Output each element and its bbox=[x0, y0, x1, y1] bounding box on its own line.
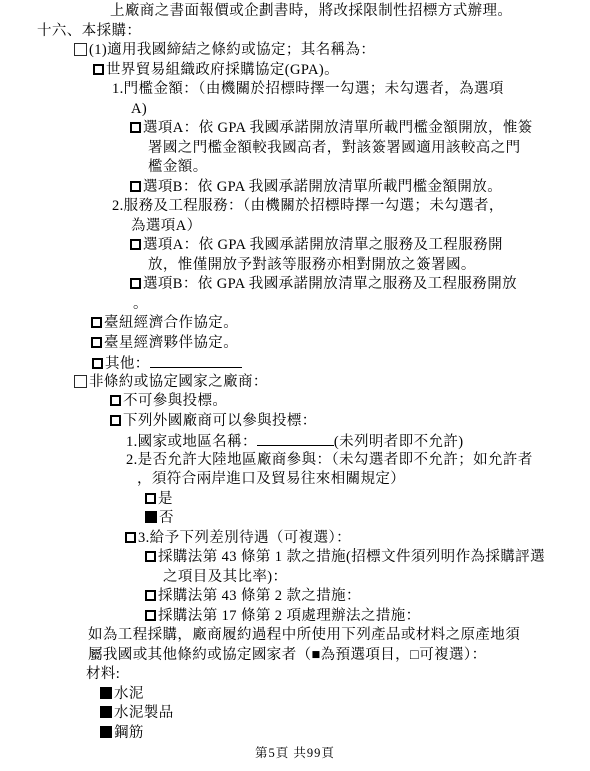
document-page: 上廠商之書面報價或企劃書時，將改採限制性招標方式辦理。十六、本採購：(1)適用我… bbox=[0, 0, 590, 771]
doc-line: 臺星經濟夥伴協定。 bbox=[0, 334, 590, 354]
doc-text-suffix: (未列明者即不允許) bbox=[334, 434, 464, 450]
doc-text: 1.國家或地區名稱： bbox=[126, 434, 257, 450]
doc-text: 屬我國或其他條約或協定國家者（■為預選項目，□可複選）： bbox=[88, 647, 486, 663]
doc-line: (1)適用我國締結之條約或協定；其名稱為： bbox=[0, 41, 590, 61]
page-number-footer: 第5頁 共99頁 bbox=[0, 743, 590, 761]
doc-text: 之項目及其比率)： bbox=[163, 569, 287, 585]
doc-text: 其他： bbox=[105, 356, 150, 372]
doc-line: 1.門檻金額：（由機關於招標時擇一勾選；未勾選者，為選項 bbox=[0, 80, 590, 100]
doc-text: 選項A：依 GPA 我國承諾開放清單之服務及工程服務開 bbox=[143, 237, 503, 253]
doc-line: 為選項A） bbox=[0, 217, 590, 237]
doc-text: 放，惟僅開放予對該等服務亦相對開放之簽署國。 bbox=[148, 257, 476, 273]
doc-text: 下列外國廠商可以參與投標： bbox=[123, 413, 317, 429]
doc-line: 選項B：依 GPA 我國承諾開放清單所載門檻金額開放。 bbox=[0, 178, 590, 198]
doc-line: 其他： bbox=[0, 353, 590, 373]
doc-line: 水泥 bbox=[0, 685, 590, 705]
checkbox-checked-icon[interactable] bbox=[100, 687, 112, 699]
doc-text: 非條約或協定國家之廠商： bbox=[89, 374, 268, 390]
doc-line: 採購法第 17 條第 2 項處理辦法之措施： bbox=[0, 607, 590, 627]
doc-text: 鋼筋 bbox=[114, 725, 144, 741]
doc-line: 十六、本採購： bbox=[0, 22, 590, 42]
doc-text: 為選項A） bbox=[131, 218, 201, 234]
doc-line: ，須符合兩岸進口及貿易往來相關規定） bbox=[0, 470, 590, 490]
doc-line: 世界貿易組織政府採購協定(GPA)。 bbox=[0, 61, 590, 81]
checkbox-unchecked-icon[interactable] bbox=[130, 122, 141, 133]
doc-text: 採購法第 43 條第 2 款之措施： bbox=[158, 588, 361, 604]
doc-text: 水泥製品 bbox=[114, 705, 174, 721]
doc-text: 否 bbox=[159, 510, 174, 526]
doc-text: 2.服務及工程服務：（由機關於招標時擇一勾選；未勾選者， bbox=[112, 198, 504, 214]
checkbox-unchecked-icon[interactable] bbox=[130, 239, 141, 250]
checkbox-checked-icon[interactable] bbox=[145, 511, 157, 523]
doc-line: 水泥製品 bbox=[0, 704, 590, 724]
checkbox-unchecked-icon[interactable] bbox=[130, 278, 141, 289]
doc-line: 上廠商之書面報價或企劃書時，將改採限制性招標方式辦理。 bbox=[0, 2, 590, 22]
doc-text: 選項B：依 GPA 我國承諾開放清單之服務及工程服務開放 bbox=[143, 276, 517, 292]
doc-text: A) bbox=[131, 101, 147, 117]
doc-line: 放，惟僅開放予對該等服務亦相對開放之簽署國。 bbox=[0, 256, 590, 276]
doc-line: 。 bbox=[0, 295, 590, 315]
fill-in-blank[interactable] bbox=[257, 431, 334, 446]
checkbox-unchecked-icon[interactable] bbox=[145, 493, 156, 504]
checkbox-checked-icon[interactable] bbox=[100, 706, 112, 718]
doc-line: 非條約或協定國家之廠商： bbox=[0, 373, 590, 393]
doc-text: 是 bbox=[158, 491, 173, 507]
checkbox-unchecked-icon[interactable] bbox=[92, 358, 103, 369]
doc-line: 之項目及其比率)： bbox=[0, 568, 590, 588]
doc-text: 。 bbox=[133, 296, 148, 312]
document-body: 上廠商之書面報價或企劃書時，將改採限制性招標方式辦理。十六、本採購：(1)適用我… bbox=[0, 2, 590, 743]
doc-line: 下列外國廠商可以參與投標： bbox=[0, 412, 590, 432]
doc-line: A) bbox=[0, 100, 590, 120]
doc-text: 3.給予下列差別待遇（可複選）： bbox=[138, 530, 351, 546]
doc-line: 選項B：依 GPA 我國承諾開放清單之服務及工程服務開放 bbox=[0, 275, 590, 295]
doc-text: 臺星經濟夥伴協定。 bbox=[104, 335, 238, 351]
doc-line: 3.給予下列差別待遇（可複選）： bbox=[0, 529, 590, 549]
doc-text: 1.門檻金額：（由機關於招標時擇一勾選；未勾選者，為選項 bbox=[112, 81, 504, 97]
doc-text: 如為工程採購，廠商履約過程中所使用下列產品或材料之原產地須 bbox=[88, 627, 520, 643]
doc-text: (1)適用我國締結之條約或協定；其名稱為： bbox=[89, 42, 375, 58]
doc-text: 檻金額。 bbox=[148, 159, 208, 175]
doc-line: 鋼筋 bbox=[0, 724, 590, 744]
doc-text: 世界貿易組織政府採購協定(GPA)。 bbox=[106, 62, 339, 78]
checkbox-unchecked-icon[interactable] bbox=[130, 181, 141, 192]
doc-text: 水泥 bbox=[114, 686, 144, 702]
checkbox-unchecked-icon[interactable] bbox=[74, 43, 87, 56]
doc-text: 採購法第 17 條第 2 項處理辦法之措施： bbox=[158, 608, 421, 624]
checkbox-unchecked-icon[interactable] bbox=[91, 337, 102, 348]
checkbox-unchecked-icon[interactable] bbox=[74, 375, 87, 388]
doc-text: 不可參與投標。 bbox=[123, 393, 227, 409]
doc-line: 如為工程採購，廠商履約過程中所使用下列產品或材料之原產地須 bbox=[0, 626, 590, 646]
checkbox-unchecked-icon[interactable] bbox=[145, 610, 156, 621]
doc-line: 採購法第 43 條第 2 款之措施： bbox=[0, 587, 590, 607]
doc-line: 臺紐經濟合作協定。 bbox=[0, 314, 590, 334]
checkbox-unchecked-icon[interactable] bbox=[145, 590, 156, 601]
doc-text: 2.是否允許大陸地區廠商參與：（未勾選者即不允許；如允許者 bbox=[126, 452, 533, 468]
doc-text: 署國之門檻金額較我國高者，對該簽署國適用該較高之門 bbox=[148, 140, 521, 156]
fill-in-blank[interactable] bbox=[150, 353, 242, 368]
doc-line: 屬我國或其他條約或協定國家者（■為預選項目，□可複選）： bbox=[0, 646, 590, 666]
doc-text: 臺紐經濟合作協定。 bbox=[104, 315, 238, 331]
doc-line: 否 bbox=[0, 509, 590, 529]
doc-line: 2.服務及工程服務：（由機關於招標時擇一勾選；未勾選者， bbox=[0, 197, 590, 217]
doc-line: 檻金額。 bbox=[0, 158, 590, 178]
checkbox-unchecked-icon[interactable] bbox=[110, 415, 121, 426]
doc-line: 選項A：依 GPA 我國承諾開放清單所載門檻金額開放，惟簽 bbox=[0, 119, 590, 139]
checkbox-unchecked-icon[interactable] bbox=[125, 532, 136, 543]
doc-text: 材料: bbox=[86, 666, 120, 682]
doc-text: 選項A：依 GPA 我國承諾開放清單所載門檻金額開放，惟簽 bbox=[143, 120, 533, 136]
checkbox-unchecked-icon[interactable] bbox=[93, 64, 104, 75]
checkbox-checked-icon[interactable] bbox=[100, 726, 112, 738]
doc-text: 採購法第 43 條第 1 款之措施(招標文件須列明作為採購評選 bbox=[158, 549, 545, 565]
checkbox-unchecked-icon[interactable] bbox=[145, 551, 156, 562]
checkbox-unchecked-icon[interactable] bbox=[110, 395, 121, 406]
doc-line: 2.是否允許大陸地區廠商參與：（未勾選者即不允許；如允許者 bbox=[0, 451, 590, 471]
checkbox-unchecked-icon[interactable] bbox=[91, 317, 102, 328]
doc-line: 1.國家或地區名稱：(未列明者即不允許) bbox=[0, 431, 590, 451]
doc-line: 是 bbox=[0, 490, 590, 510]
doc-text: 十六、本採購： bbox=[37, 23, 141, 39]
doc-text: 上廠商之書面報價或企劃書時，將改採限制性招標方式辦理。 bbox=[110, 3, 512, 19]
doc-line: 採購法第 43 條第 1 款之措施(招標文件須列明作為採購評選 bbox=[0, 548, 590, 568]
doc-line: 署國之門檻金額較我國高者，對該簽署國適用該較高之門 bbox=[0, 139, 590, 159]
doc-text: ，須符合兩岸進口及貿易往來相關規定） bbox=[137, 471, 405, 487]
doc-line: 選項A：依 GPA 我國承諾開放清單之服務及工程服務開 bbox=[0, 236, 590, 256]
doc-line: 材料: bbox=[0, 665, 590, 685]
doc-text: 選項B：依 GPA 我國承諾開放清單所載門檻金額開放。 bbox=[143, 179, 502, 195]
doc-line: 不可參與投標。 bbox=[0, 392, 590, 412]
